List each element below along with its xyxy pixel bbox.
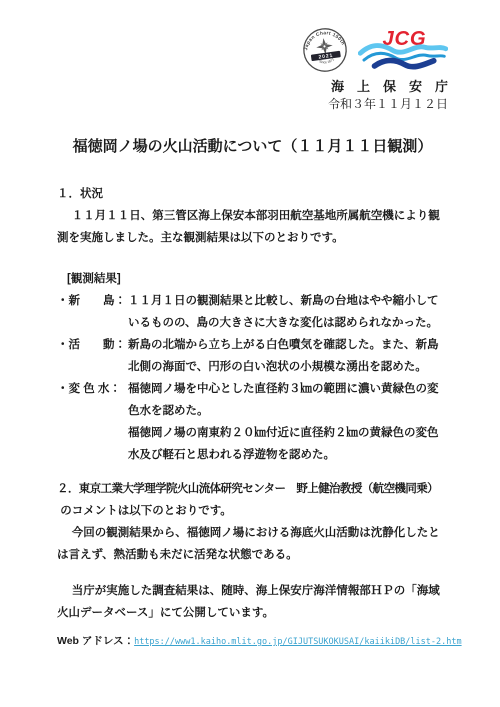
footer-paragraph: 当庁が実施した調査結果は、随時、海上保安庁海洋情報部ＨＰの「海域 火山データベー…	[57, 580, 448, 624]
footer-line: 当庁が実施した調査結果は、随時、海上保安庁海洋情報部ＨＰの「海域	[57, 580, 448, 602]
observation-text-line: 色水を認めた。	[128, 400, 448, 422]
observation-text-line: 水及び軽石と思われる浮遊物を認めた。	[128, 444, 448, 466]
jcg-logo-icon: JCG	[358, 26, 448, 73]
section-1: １．状況 １１月１１日、第三管区海上保安本部羽田航空基地所属航空機により観 測を…	[57, 183, 448, 249]
observation-item-niijima: ・新 島： １１月１日の観測結果と比較し、新島の台地はやや縮小して いるものの、…	[57, 290, 448, 334]
web-address-label: Web アドレス：	[57, 630, 134, 652]
observation-text-line: 新島の北端から立ち上がる白色噴気を確認した。また、新島	[128, 334, 448, 356]
section-2-heading: ２．東京工業大学理学院火山流体研究センター 野上健治教授（航空機同乗）	[57, 478, 448, 500]
observation-item-discolored-water: ・変 色 水： 福徳岡ノ場を中心とした直径約３㎞の範囲に濃い黄緑色の変 色水を認…	[57, 378, 448, 466]
japan-chart-150th-stamp-icon: Japan Chart 150th 2021 Since 1871	[302, 27, 348, 73]
header-logos: Japan Chart 150th 2021 Since 1871	[302, 26, 448, 73]
observation-term: ・変 色 水：	[57, 378, 128, 466]
results-label: [観測結果]	[67, 268, 448, 290]
document-page: Japan Chart 150th 2021 Since 1871	[0, 0, 500, 707]
agency-name: 海 上 保 安 庁	[331, 79, 448, 95]
section-2-line: は言えず、熱活動も未だに活発な状態である。	[57, 544, 448, 566]
document-header: Japan Chart 150th 2021 Since 1871	[57, 26, 448, 112]
observation-text-line: いるものの、島の大きさに大きな変化は認められなかった。	[128, 312, 448, 334]
observation-text-line: 福徳岡ノ場の南東約２０㎞付近に直径約２㎞の黄緑色の変色	[128, 422, 448, 444]
observation-term: ・新 島：	[57, 290, 128, 334]
observation-text-line: １１月１日の観測結果と比較し、新島の台地はやや縮小して	[128, 290, 448, 312]
document-title: 福徳岡ノ場の火山活動について（１１月１１日観測）	[57, 136, 448, 158]
web-address-row: Web アドレス： https://www1.kaiho.mlit.go.jp/…	[57, 630, 448, 653]
results-block: [観測結果] ・新 島： １１月１日の観測結果と比較し、新島の台地はやや縮小して…	[57, 268, 448, 466]
section-2-line: 今回の観測結果から、福徳岡ノ場における海底火山活動は沈静化したと	[57, 522, 448, 544]
document-date: 令和３年１１月１２日	[328, 97, 448, 112]
section-2-line: のコメントは以下のとおりです。	[57, 500, 448, 522]
observation-text-line: 北側の海面で、円形の白い泡状の小規模な湧出を認めた。	[128, 356, 448, 378]
footer-line: 火山データベース」にて公開しています。	[57, 602, 448, 624]
section-1-line: 測を実施しました。主な観測結果は以下のとおりです。	[57, 227, 448, 249]
section-2: ２．東京工業大学理学院火山流体研究センター 野上健治教授（航空機同乗） のコメン…	[57, 478, 448, 566]
database-url-link[interactable]: https://www1.kaiho.mlit.go.jp/GIJUTSUKOK…	[134, 631, 462, 653]
observation-term: ・活 動：	[57, 334, 128, 378]
observation-item-activity: ・活 動： 新島の北端から立ち上がる白色噴気を確認した。また、新島 北側の海面で…	[57, 334, 448, 378]
section-1-line: １１月１１日、第三管区海上保安本部羽田航空基地所属航空機により観	[57, 205, 448, 227]
observation-text-line: 福徳岡ノ場を中心とした直径約３㎞の範囲に濃い黄緑色の変	[128, 378, 448, 400]
section-1-heading: １．状況	[57, 183, 448, 205]
